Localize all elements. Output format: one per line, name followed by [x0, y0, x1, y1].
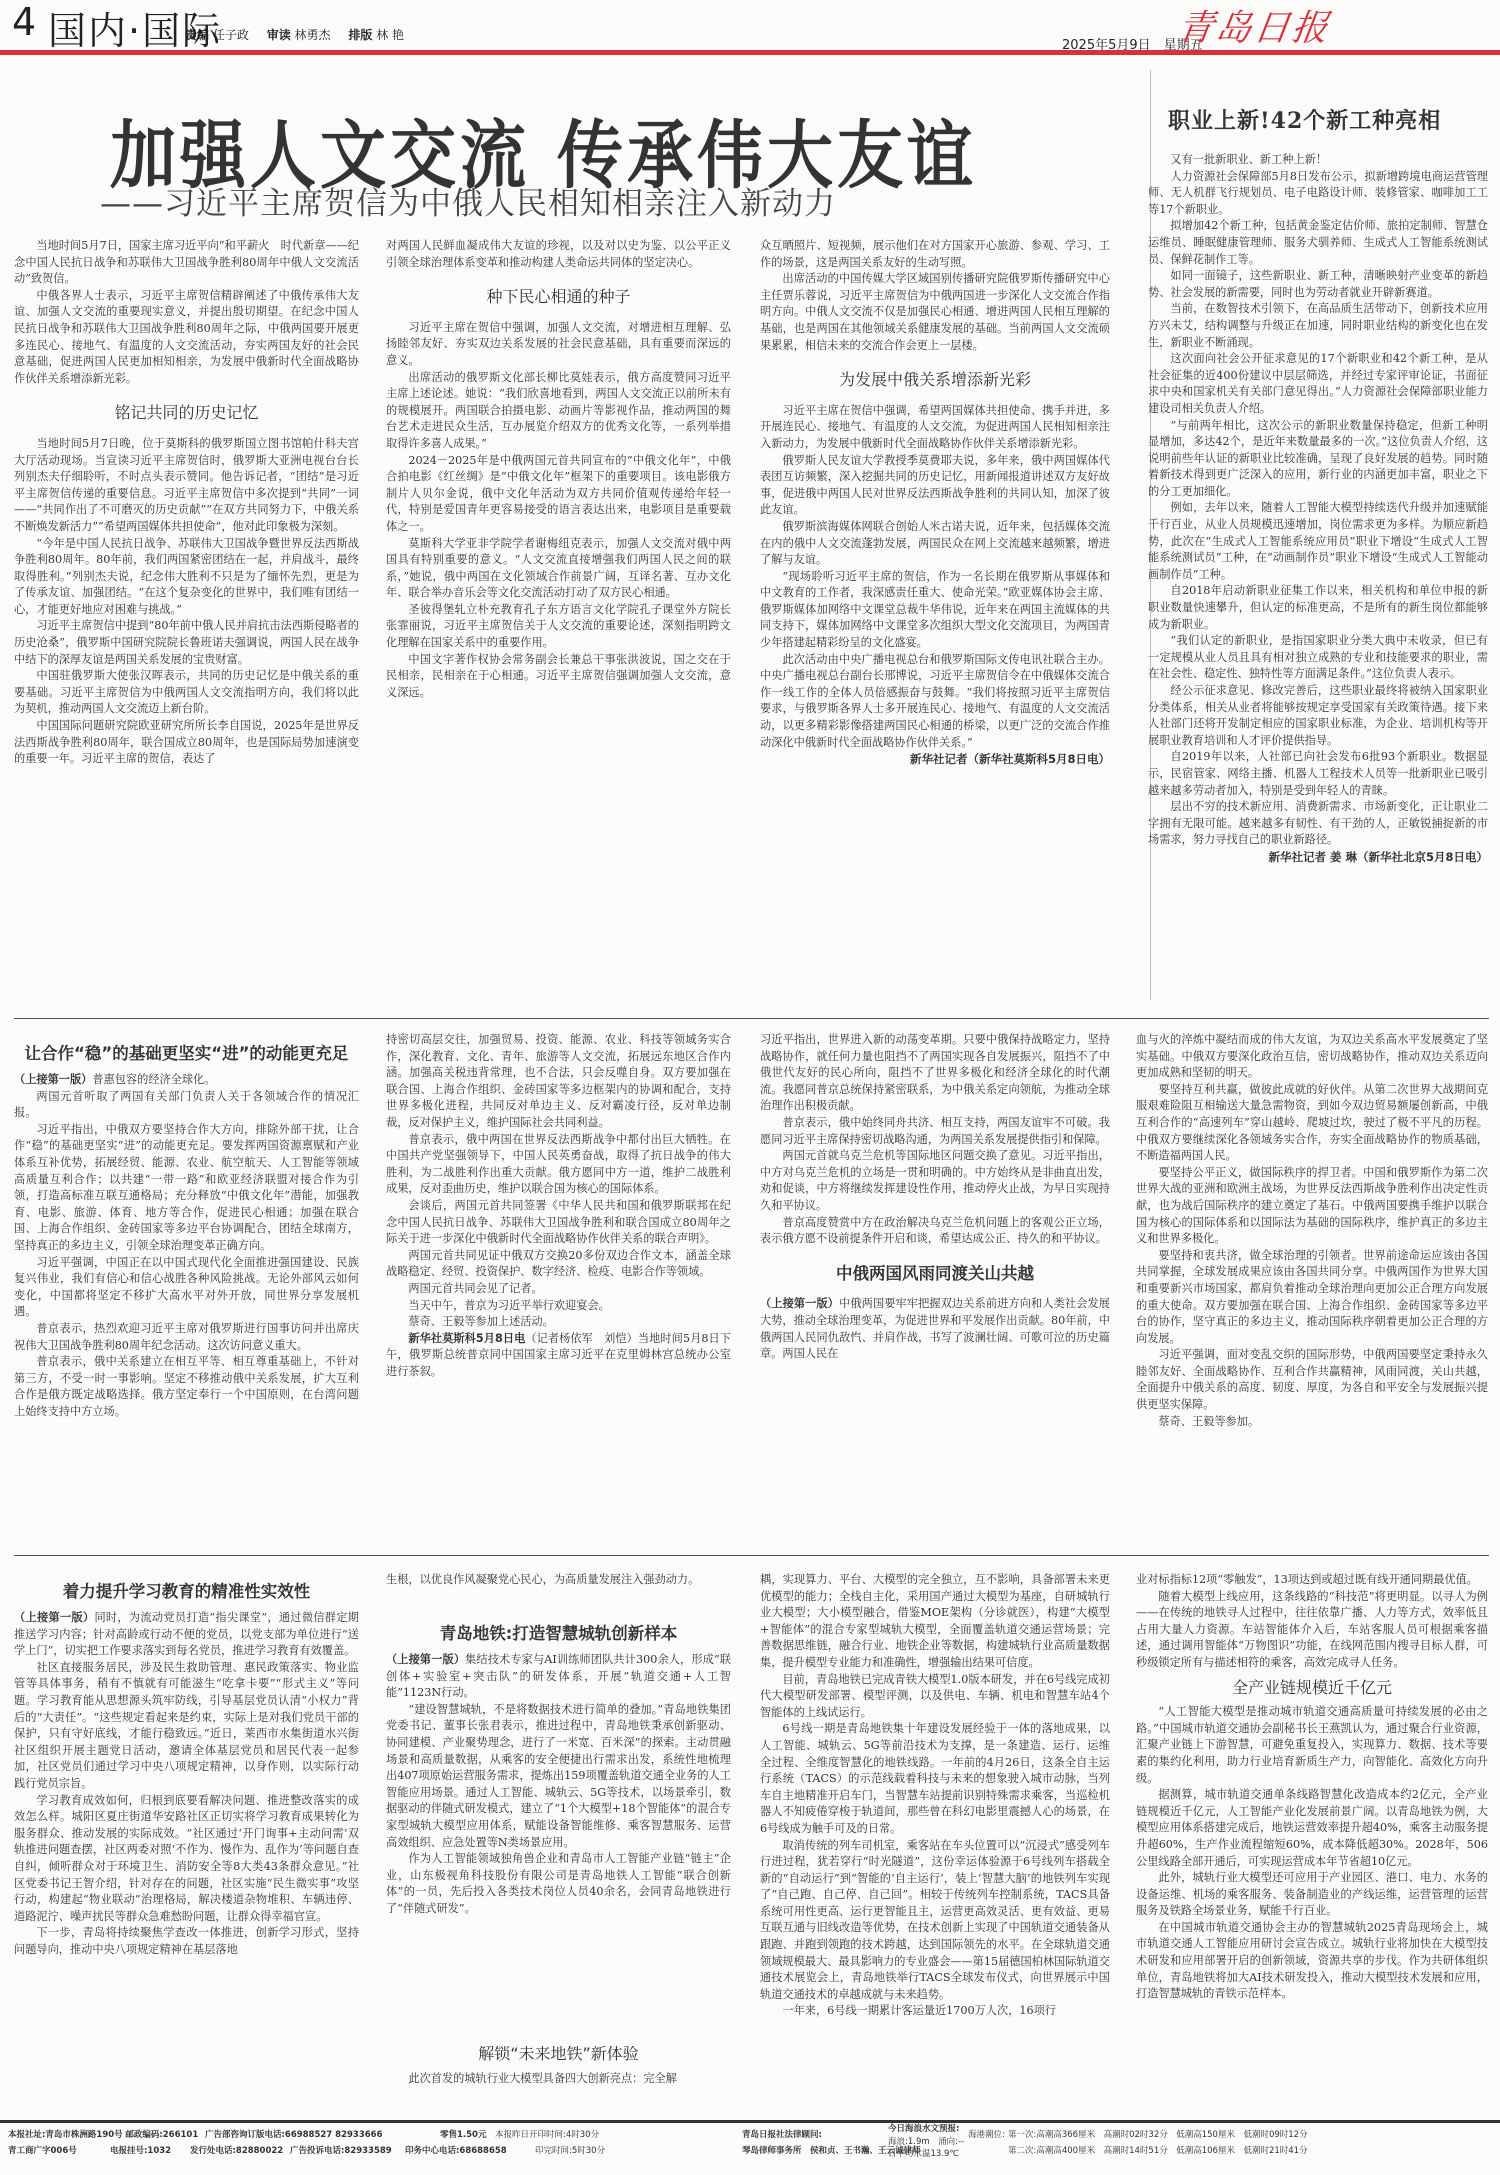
friendship-column-2: 血与火的淬炼中凝结而成的伟大友谊，为双边关系高水平发展奠定了坚实基础。中俄双方要…: [1136, 1032, 1488, 1532]
paragraph: 例如，去年以来，随着人工智能大模型持续迭代升级并加速赋能千行百业，从业人员规模迅…: [1148, 500, 1488, 583]
credit-name: 林勇杰: [295, 28, 331, 42]
footer-tide-1: 第一次:高潮高366厘米 高潮时02时32分 低潮高150厘米 低潮时09时12…: [1008, 2128, 1308, 2140]
paragraph: 经公示征求意见、修改完善后，这些职业最终将被纳入国家职业分类体系，相关从业者将能…: [1148, 683, 1488, 749]
paragraph: 要坚持和衷共济，做全球治理的引领者。世界前途命运应该由各国共同掌握，全球发展成果…: [1136, 1248, 1488, 1348]
paragraph: 当天中午，普京为习近平举行欢迎宴会。: [386, 1298, 731, 1315]
footer-telegraph: 电报挂号:1032: [110, 2146, 171, 2156]
paragraph: 目前，青岛地铁已完成青铁大模型1.0版本研发，并在6号线完成初代大模型研发部署、…: [760, 1672, 1110, 1722]
paragraph: 当前，在数智技术引领下，在高品质生活带动下，创新技术应用方兴未艾，结构调整与升级…: [1148, 301, 1488, 351]
paragraph: “与前两年相比，这次公示的新职业数量保持稳定，但新工种明显增加，多达42个，是近…: [1148, 418, 1488, 501]
footer-forecast-title: 今日海浪水文预报:: [888, 2124, 959, 2134]
continued-tag: （上接第一版）: [14, 1611, 94, 1624]
education-tail: 生根，以优良作风凝聚党心民心，为高质量发展注入强劲动力。: [386, 1572, 731, 1606]
paragraph: 蔡奇、王毅等参加上述活动。: [386, 1314, 731, 1331]
paragraph: 如同一面镜子，这些新职业、新工种，清晰映射产业变革的新趋势、社会发展的新需要，同…: [1148, 268, 1488, 301]
education-body: （上接第一版）同时，为流动党员打造“指尖课堂”，通过微信群定期推送学习内容；针对…: [14, 1610, 359, 2115]
credit-role: 责编: [185, 28, 209, 42]
footer-water-temp: 日平均水温13.9℃: [888, 2147, 959, 2159]
paragraph: 生根，以优良作风凝聚党心民心，为高质量发展注入强劲动力。: [386, 1572, 731, 1589]
paragraph: 据测算，城市轨道交通单条线路智慧化改造成本约2亿元，全产业链规模近千亿元，人工智…: [1136, 1787, 1488, 1870]
paragraph: 圣彼得堡轧立朴充教育孔子东方语言文化学院孔子课堂外方院长张霏丽说，习近平主席贺信…: [386, 602, 731, 652]
paragraph: 普京表示，俄中关系建立在相互平等、相互尊重基础上，不针对第三方，不受一时一事影响…: [14, 1354, 359, 1420]
paragraph: 会谈后，两国元首共同签署《中华人民共和国和俄罗斯联邦在纪念中国人民抗日战争、苏联…: [386, 1198, 731, 1248]
paragraph: 层出不穷的技术新应用、消费新需求、市场新变化，正让职业二字拥有无限可能。越来越多…: [1148, 799, 1488, 849]
masthead-rule: [0, 50, 1500, 55]
paragraph: 俄罗斯滨海媒体网联合创始人米古诺夫说，近年来，包括媒体交流在内的俄中人文交流蓬勃…: [760, 519, 1110, 569]
story-title-education: 着力提升学习教育的精准性实效性: [14, 1578, 359, 1602]
paragraph: 要坚持公平正义，做国际秩序的捍卫者。中国和俄罗斯作为第二次世界大战的亚洲和欧洲主…: [1136, 1165, 1488, 1248]
paragraph: 习近平指出，中俄双方要坚持合作大方向，排除外部干扰，让合作“稳”的基础更坚实“进…: [14, 1122, 359, 1255]
paragraph: 在中国城市轨道交通协会主办的智慧城轨2025青岛现场会上，城市轨道交通人工智能应…: [1136, 1920, 1488, 2003]
paragraph: 自2018年启动新职业征集工作以来，相关机构和单位申报的新职业数量快速攀升，但认…: [1148, 583, 1488, 633]
credit-name: 林 艳: [376, 28, 404, 42]
paragraph: 两国元首听取了两国有关部门负责人关于各领域合作的情况汇报。: [14, 1089, 359, 1122]
story-title-metro: 青岛地铁:打造智慧城轨创新样本: [386, 1620, 731, 1644]
footer-wave: 海浪:1.9m 涌向:--: [888, 2135, 964, 2147]
paragraph: 俄罗斯人民友谊大学教授季莫费耶夫说，多年来，俄中两国媒体代表团互访频繁，深入挖掘…: [760, 453, 1110, 519]
footer-tide-label: 海港潮位:: [968, 2128, 1005, 2140]
paragraph: 下一步，青岛将持续聚焦学查改一体推进，创新学习形式，坚持问题导向，推动中央八项规…: [14, 1925, 359, 1958]
footer-distribution-phone: 发行处电话:82880022: [190, 2146, 283, 2156]
lead-column-3: 众互晒照片、短视频，展示他们在对方国家开心旅游、参观、学习、工作的场景，这是两国…: [760, 238, 1110, 1008]
paragraph: 要坚持互利共赢，做彼此成就的好伙伴。从第二次世界大战期间克服艰难险阻互相输送大量…: [1136, 1082, 1488, 1165]
paragraph: 普惠包容的经济全球化。: [92, 1073, 215, 1086]
paragraph: 习近平指出，世界进入新的动荡变革期。只要中俄保持战略定力，坚持战略协作，就任何力…: [760, 1032, 1110, 1115]
reporters: （记者杨依军 刘恺）: [525, 1332, 638, 1345]
cooperation-column-2: 持密切高层交往，加强贸易、投资、能源、农业、科技等领域务实合作，深化教育、文化、…: [386, 1032, 731, 1532]
byline: 新华社记者 姜 琳（新华社北京5月8日电）: [1148, 849, 1488, 866]
friendship-column-1: 习近平指出，世界进入新的动荡变革期。只要中俄保持战略定力，坚持战略协作，就任何力…: [760, 1032, 1110, 1532]
masthead: 4 国内·国际 责编 任子政 审读 林勇杰 排版 林 艳 2025年5月9日 星…: [0, 0, 1500, 58]
paragraph: 中俄各界人士表示，习近平主席贺信精辟阐述了中俄传承伟大友谊、加强人文交流的重要现…: [14, 288, 359, 388]
paragraph: 人力资源社会保障部5月8日发布公示，拟新增跨境电商运营管理师、无人机群飞行规划员…: [1148, 169, 1488, 219]
paragraph: 习近平主席在贺信中强调，希望两国媒体共担使命、携手并进，多开展连民心、接地气、有…: [760, 403, 1110, 453]
paragraph: 自2019年以来，人社部已向社会发布6批93个新职业。数据显示，民宿管家、网络主…: [1148, 749, 1488, 799]
paragraph: 社区直接服务居民，涉及民生救助管理、惠民政策落实、物业监管等具体事务，稍有不慎就…: [14, 1660, 359, 1793]
page-number: 4: [12, 0, 38, 44]
paragraph: “今年是中国人民抗日战争、苏联伟大卫国战争暨世界反法西斯战争胜利80周年。80年…: [14, 536, 359, 619]
paragraph: 作为人工智能领域独角兽企业和青岛市人工智能产业链“链主”企业，山东极视角科技股份…: [386, 1851, 731, 1917]
lead-column-1: 当地时间5月7日，国家主席习近平向“和平薪火 时代新章——纪念中国人民抗日战争和…: [14, 238, 359, 1008]
section-divider: [14, 1555, 1489, 1556]
footer-print-end: 印完时间:5时30分: [535, 2144, 605, 2156]
paragraph: 又有一批新职业、新工种上新！: [1148, 152, 1488, 169]
footer-license: 青工商广字006号: [8, 2146, 77, 2156]
paragraph: 业对标指标12项“零触发”，13项达到或超过既有线开通同期最优值。: [1136, 1572, 1488, 1589]
side-story-body: 又有一批新职业、新工种上新！ 人力资源社会保障部5月8日发布公示，拟新增跨境电商…: [1148, 152, 1488, 1008]
continued-tag: （上接第一版）: [386, 1653, 465, 1666]
footer-legal-title: 青岛日报社法律顾问:: [742, 2130, 822, 2140]
paragraph: 两国元首共同见证中俄双方交换20多份双边合作文本，涵盖全球战略稳定、经贸、投资保…: [386, 1248, 731, 1281]
paragraph: 此外，城轨行业大模型还可应用于产业园区、港口、电力、水务的设备运维、机场的乘客服…: [1136, 1870, 1488, 1920]
paragraph: 这次面向社会公开征求意见的17个新职业和42个新工种，是从社会征集的近400份建…: [1148, 351, 1488, 417]
paragraph: 耦，实现算力、平台、大模型的完全独立，互不影响，具备部署未来更优模型的能力；全栈…: [760, 1572, 1110, 1672]
side-story-title: 职业上新!42个新工种亮相: [1168, 104, 1441, 135]
paragraph: 取消传统的列车司机室，乘客站在车头位置可以“沉浸式”感受列车行进过程，犹若穿行“…: [760, 1838, 1110, 2004]
paragraph: 中国驻俄罗斯大使张汉晖表示，共同的历史记忆是中俄关系的重要基础。习近平主席贺信为…: [14, 668, 359, 718]
paragraph: “我们认定的新职业，是指国家职业分类大典中未收录，但已有一定规模从业人员且具有相…: [1148, 633, 1488, 683]
paragraph: 两国元首共同会见了记者。: [386, 1281, 731, 1298]
metro-column-1: （上接第一版）集结技术专家与AI训练师团队共计300余人，形成“联创体+实验室+…: [386, 1652, 731, 2042]
section-heading: 全产业链规模近千亿元: [1136, 1680, 1488, 1697]
paragraph: 中国文字著作权协会常务副会长兼总干事张洪波说，国之交在于民相亲，民相亲在于心相通…: [386, 652, 731, 702]
paragraph: 莫斯科大学亚非学院学者谢梅纽克表示，加强人文交流对俄中两国具有特别重要的意义。“…: [386, 536, 731, 602]
paragraph: 当地时间5月7日，国家主席习近平向“和平薪火 时代新章——纪念中国人民抗日战争和…: [14, 238, 359, 288]
section-heading: 解锁“未来地铁”新体验: [386, 2046, 731, 2063]
metro-column-3: 业对标指标12项“零触发”，13项达到或超过既有线开通同期最优值。 随着大模型上…: [1136, 1572, 1488, 2117]
footer-printing-phone: 印务中心电话:68688658: [405, 2146, 507, 2156]
continued-tag: （上接第一版）: [14, 1073, 92, 1086]
paragraph: 两国元首就乌克兰危机等国际地区问题交换了意见。习近平指出，中方对乌克兰危机的立场…: [760, 1148, 1110, 1214]
paragraph: 学习教育成效如何，归根到底要看解决问题、推进整改落实的成效怎么样。城阳区夏庄街道…: [14, 1793, 359, 1926]
footer-ad-phone: 广告部咨询订版电话:66988527 82933666: [205, 2130, 383, 2140]
credit-name: 任子政: [213, 28, 249, 42]
paragraph: 习近平主席在贺信中强调，加强人文交流，对增进相互理解、弘扬睦邻友好、夯实双边关系…: [386, 320, 731, 370]
newspaper-logo: 青岛日报: [1174, 0, 1333, 51]
paragraph: 蔡奇、王毅等参加。: [1136, 1414, 1488, 1431]
paragraph: 随着大模型上线应用，这条线路的“科技范”将更明显。以寻人为例——在传统的地铁寻人…: [1136, 1589, 1488, 1672]
footer-price: 零售1.50元: [440, 2130, 486, 2140]
paragraph: 当地时间5月7日晚，位于莫斯科的俄罗斯国立图书馆帕什科夫宫大厅活动现场。当宣读习…: [14, 436, 359, 536]
metro-section-block: 解锁“未来地铁”新体验 此次首发的城轨行业大模型具备四大创新亮点：完全解: [386, 2046, 731, 2116]
paragraph: 此次首发的城轨行业大模型具备四大创新亮点：完全解: [386, 2071, 731, 2088]
metro-column-2: 耦，实现算力、平台、大模型的完全独立，互不影响，具备部署未来更优模型的能力；全栈…: [760, 1572, 1110, 2117]
footer-complaint-phone: 广告投诉电话:82933589: [290, 2146, 392, 2156]
footer-print-start: 本报昨日开印时间:4时30分: [495, 2128, 599, 2140]
section-divider: [14, 1018, 1489, 1019]
footer-tide-2: 第二次:高潮高400厘米 高潮时14时51分 低潮高106厘米 低潮时21时41…: [1008, 2144, 1308, 2156]
paragraph: 6号线一期是青岛地铁集十年建设发展经验于一体的落地成果，以人工智能、城轨云、5G…: [760, 1721, 1110, 1837]
paragraph: 普京表示，俄中两国在世界反法西斯战争中都付出巨大牺牲。在中国共产党坚强领导下，中…: [386, 1132, 731, 1198]
paragraph: 2024－2025年是中俄两国元首共同宣布的“中俄文化年”，中俄合拍电影《红丝绸…: [386, 453, 731, 536]
credit-role: 排版: [348, 28, 372, 42]
continued-tag: （上接第一版）: [760, 1297, 839, 1310]
paragraph: 普京表示，俄中始终同舟共济、相互支持，两国友谊牢不可破。我愿同习近平主席保持密切…: [760, 1115, 1110, 1148]
footer: 本报社址:青岛市株洲路190号 邮政编码:266101 广告部咨询订版电话:66…: [0, 2120, 1500, 2175]
paragraph: 持密切高层交往，加强贸易、投资、能源、农业、科技等领域务实合作，深化教育、文化、…: [386, 1032, 731, 1132]
paragraph: “建设智慧城轨，不是将数据技术进行简单的叠加。”青岛地铁集团党委书记、董事长张君…: [386, 1702, 731, 1851]
paragraph: 习近平强调，面对变乱交织的国际形势，中俄两国要坚定秉持永久睦邻友好、全面战略协作…: [1136, 1347, 1488, 1413]
footer-address: 本报社址:青岛市株洲路190号: [8, 2130, 123, 2140]
dateline: 新华社莫斯科5月8日电: [408, 1332, 525, 1345]
paragraph: 血与火的淬炼中凝结而成的伟大友谊，为双边关系高水平发展奠定了坚实基础。中俄双方要…: [1136, 1032, 1488, 1082]
footer-rule: [0, 2120, 1500, 2123]
paragraph: 众互晒照片、短视频，展示他们在对方国家开心旅游、参观、学习、工作的场景，这是两国…: [760, 238, 1110, 271]
credit-role: 审读: [267, 28, 291, 42]
paragraph: 一年来，6号线一期累计客运量近1700万人次，16项行: [760, 2003, 1110, 2020]
story-title-friendship: 中俄两国风雨同渡关山共越: [760, 1266, 1110, 1283]
lead-subheadline: ——习近平主席贺信为中俄人民相知相亲注入新动力: [100, 178, 836, 223]
paragraph: 对两国人民鲜血凝成伟大友谊的珍视，以及对以史为鉴、以公平正义引领全球治理体系变革…: [386, 238, 731, 271]
paragraph: 出席活动的中国传媒大学区域国别传播研究院俄罗斯传播研究中心主任贾乐蓉说，习近平主…: [760, 271, 1110, 354]
section-heading: 种下民心相通的种子: [386, 289, 731, 306]
story-title-cooperation: 让合作“稳”的基础更坚实“进”的动能更充足: [14, 1040, 359, 1064]
paragraph: “现场聆听习近平主席的贺信，作为一名长期在俄罗斯从事媒体和中文教育的工作者，我深…: [760, 569, 1110, 652]
paragraph: 中国国际问题研究院欧亚研究所所长李自国说，2025年是世界反法西斯战争胜利80周…: [14, 718, 359, 768]
paragraph: 普京高度赞赏中方在政治解决乌克兰危机问题上的客观公正立场，表示俄方愿不设前提条件…: [760, 1215, 1110, 1248]
paragraph: 出席活动的俄罗斯文化部长柳比莫娃表示，俄方高度赞同习近平主席上述论述。她说：“我…: [386, 370, 731, 453]
lead-column-2: 对两国人民鲜血凝成伟大友谊的珍视，以及对以史为鉴、以公平正义引领全球治理体系变革…: [386, 238, 731, 1008]
paragraph: 普京表示，热烈欢迎习近平主席对俄罗斯进行国事访问并出席庆祝伟大卫国战争胜利80周…: [14, 1321, 359, 1354]
byline: 新华社记者（新华社莫斯科5月8日电）: [760, 751, 1110, 768]
section-heading: 为发展中俄关系增添新光彩: [760, 372, 1110, 389]
footer-postcode: 邮政编码:266101: [125, 2130, 198, 2140]
paragraph: 拟增加42个新工种，包括黄金鉴定估价师、旅拍定制师、智慧仓运维员、睡眠健康管理师…: [1148, 218, 1488, 268]
editor-credits: 责编 任子政 审读 林勇杰 排版 林 艳: [185, 26, 404, 43]
paragraph: 习近平主席贺信中提到“80年前中俄人民并肩抗击法西斯侵略者的历史沧桑”，俄罗斯中…: [14, 618, 359, 668]
paragraph: 此次活动由中央广播电视总台和俄罗斯国际文传电讯社联合主办。中央广播电视总台副台长…: [760, 652, 1110, 752]
paragraph: “人工智能大模型是推动城市轨道交通高质量可持续发展的必由之路。”中国城市轨道交通…: [1136, 1704, 1488, 1787]
section-heading: 铭记共同的历史记忆: [14, 405, 359, 422]
paragraph: 习近平强调，中国正在以中国式现代化全面推进强国建设、民族复兴伟业，我们有信心和信…: [14, 1255, 359, 1321]
cooperation-column-1: （上接第一版）普惠包容的经济全球化。 两国元首听取了两国有关部门负责人关于各领域…: [14, 1072, 359, 1532]
